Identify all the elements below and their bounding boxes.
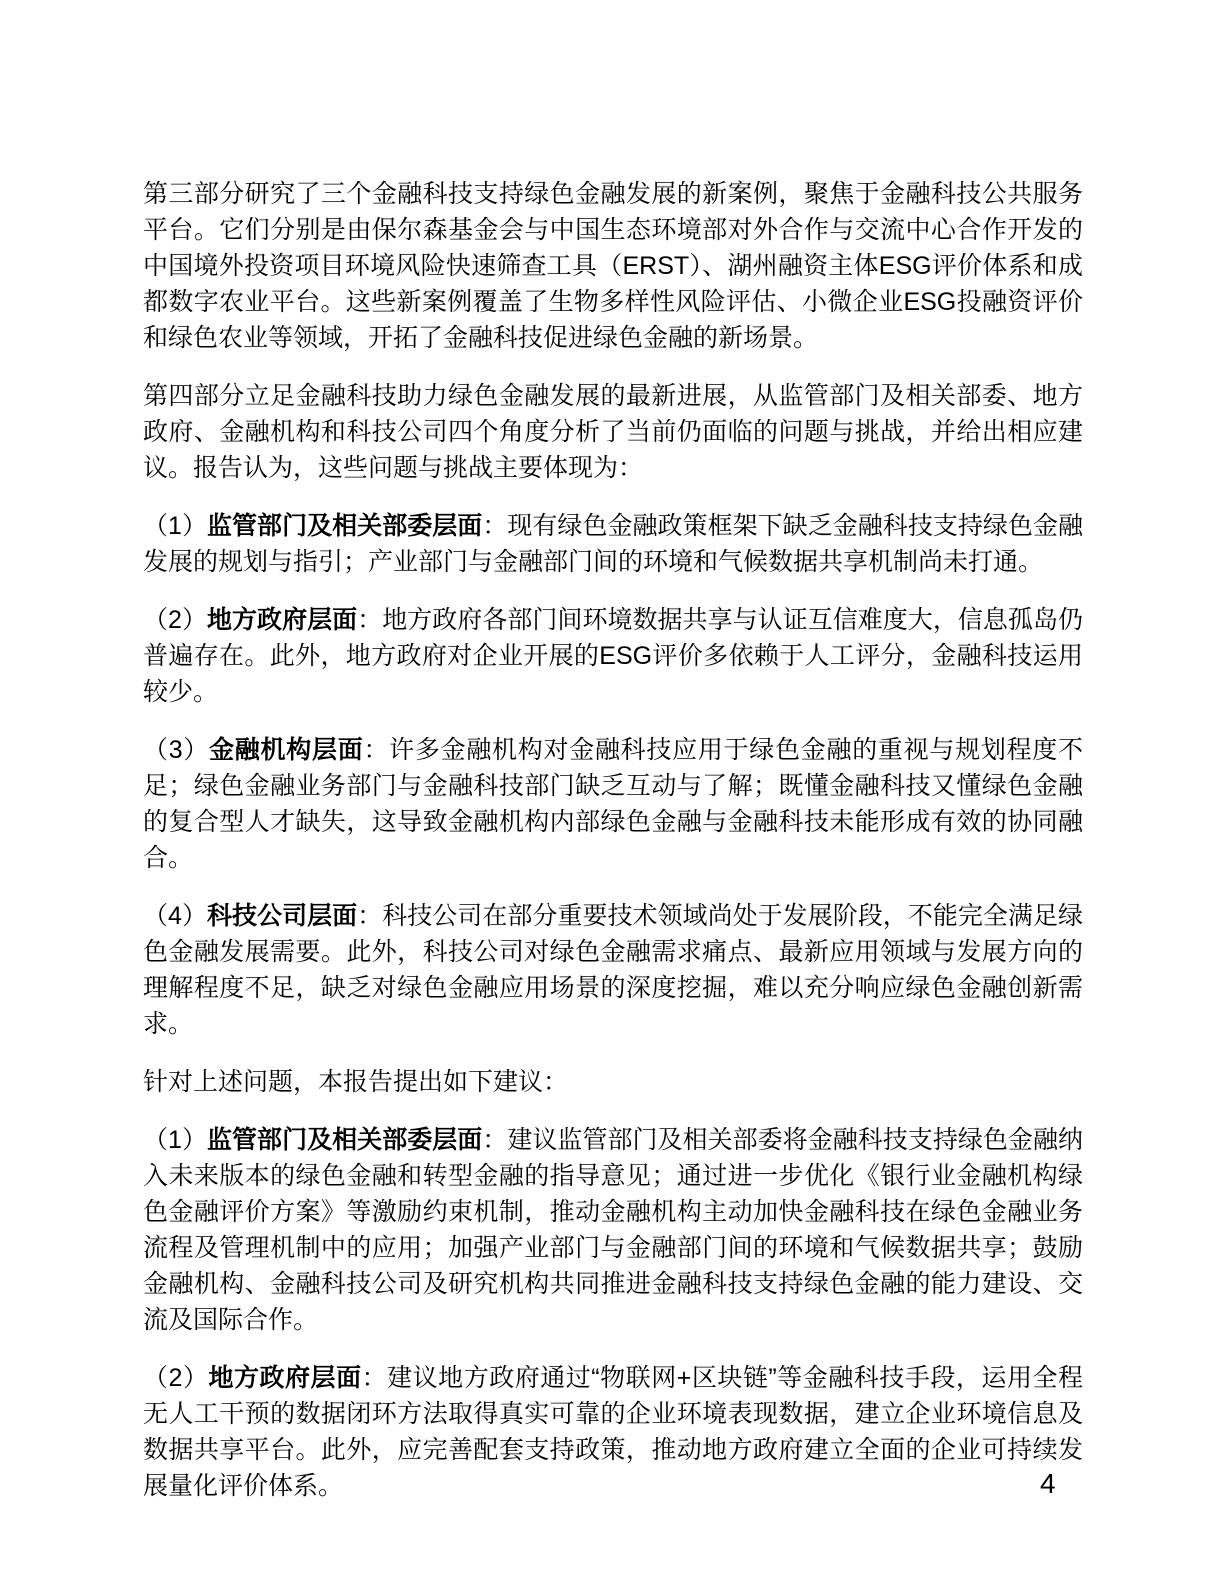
bold-label: 地方政府层面 [208, 1364, 361, 1392]
text-segment: 第四部分立足金融科技助力绿色金融发展的最新进展，从监管部门及相关部委、地方政府、… [143, 382, 1083, 482]
text-segment: 第三部分研究了三个金融科技支持绿色金融发展的新案例，聚焦于金融科技公共服务平台。… [143, 180, 1083, 352]
paragraph: （1）监管部门及相关部委层面：现有绿色金融政策框架下缺乏金融科技支持绿色金融发展… [143, 508, 1083, 580]
text-segment: （1） [143, 1126, 207, 1154]
bold-label: 监管部门及相关部委层面 [207, 512, 482, 540]
page-number: 4 [1040, 1466, 1056, 1502]
bold-label: 金融机构层面 [209, 736, 363, 764]
text-segment: 针对上述问题，本报告提出如下建议： [143, 1068, 568, 1096]
paragraph: （2）地方政府层面：建议地方政府通过“物联网+区块链”等金融科技手段，运用全程无… [143, 1360, 1083, 1504]
paragraph: 针对上述问题，本报告提出如下建议： [143, 1064, 1083, 1100]
text-segment: ：建议监管部门及相关部委将金融科技支持绿色金融纳入未来版本的绿色金融和转型金融的… [143, 1126, 1083, 1334]
paragraph: （2）地方政府层面：地方政府各部门间环境数据共享与认证互信难度大，信息孤岛仍普遍… [143, 602, 1083, 710]
paragraph: （4）科技公司层面：科技公司在部分重要技术领域尚处于发展阶段，不能完全满足绿色金… [143, 898, 1083, 1042]
bold-label: 科技公司层面 [207, 902, 357, 930]
bold-label: 监管部门及相关部委层面 [207, 1126, 482, 1154]
bold-label: 地方政府层面 [207, 606, 357, 634]
text-segment: （2） [143, 606, 207, 634]
paragraph: （3）金融机构层面：许多金融机构对金融科技应用于绿色金融的重视与规划程度不足；绿… [143, 732, 1083, 876]
document-page: 第三部分研究了三个金融科技支持绿色金融发展的新案例，聚焦于金融科技公共服务平台。… [0, 0, 1224, 1584]
paragraph: 第三部分研究了三个金融科技支持绿色金融发展的新案例，聚焦于金融科技公共服务平台。… [143, 176, 1083, 356]
paragraph: （1）监管部门及相关部委层面：建议监管部门及相关部委将金融科技支持绿色金融纳入未… [143, 1122, 1083, 1338]
text-segment: （4） [143, 902, 207, 930]
text-segment: （3） [143, 736, 209, 764]
text-segment: （2） [143, 1364, 208, 1392]
document-body: 第三部分研究了三个金融科技支持绿色金融发展的新案例，聚焦于金融科技公共服务平台。… [143, 176, 1083, 1526]
paragraph: 第四部分立足金融科技助力绿色金融发展的最新进展，从监管部门及相关部委、地方政府、… [143, 378, 1083, 486]
text-segment: （1） [143, 512, 207, 540]
